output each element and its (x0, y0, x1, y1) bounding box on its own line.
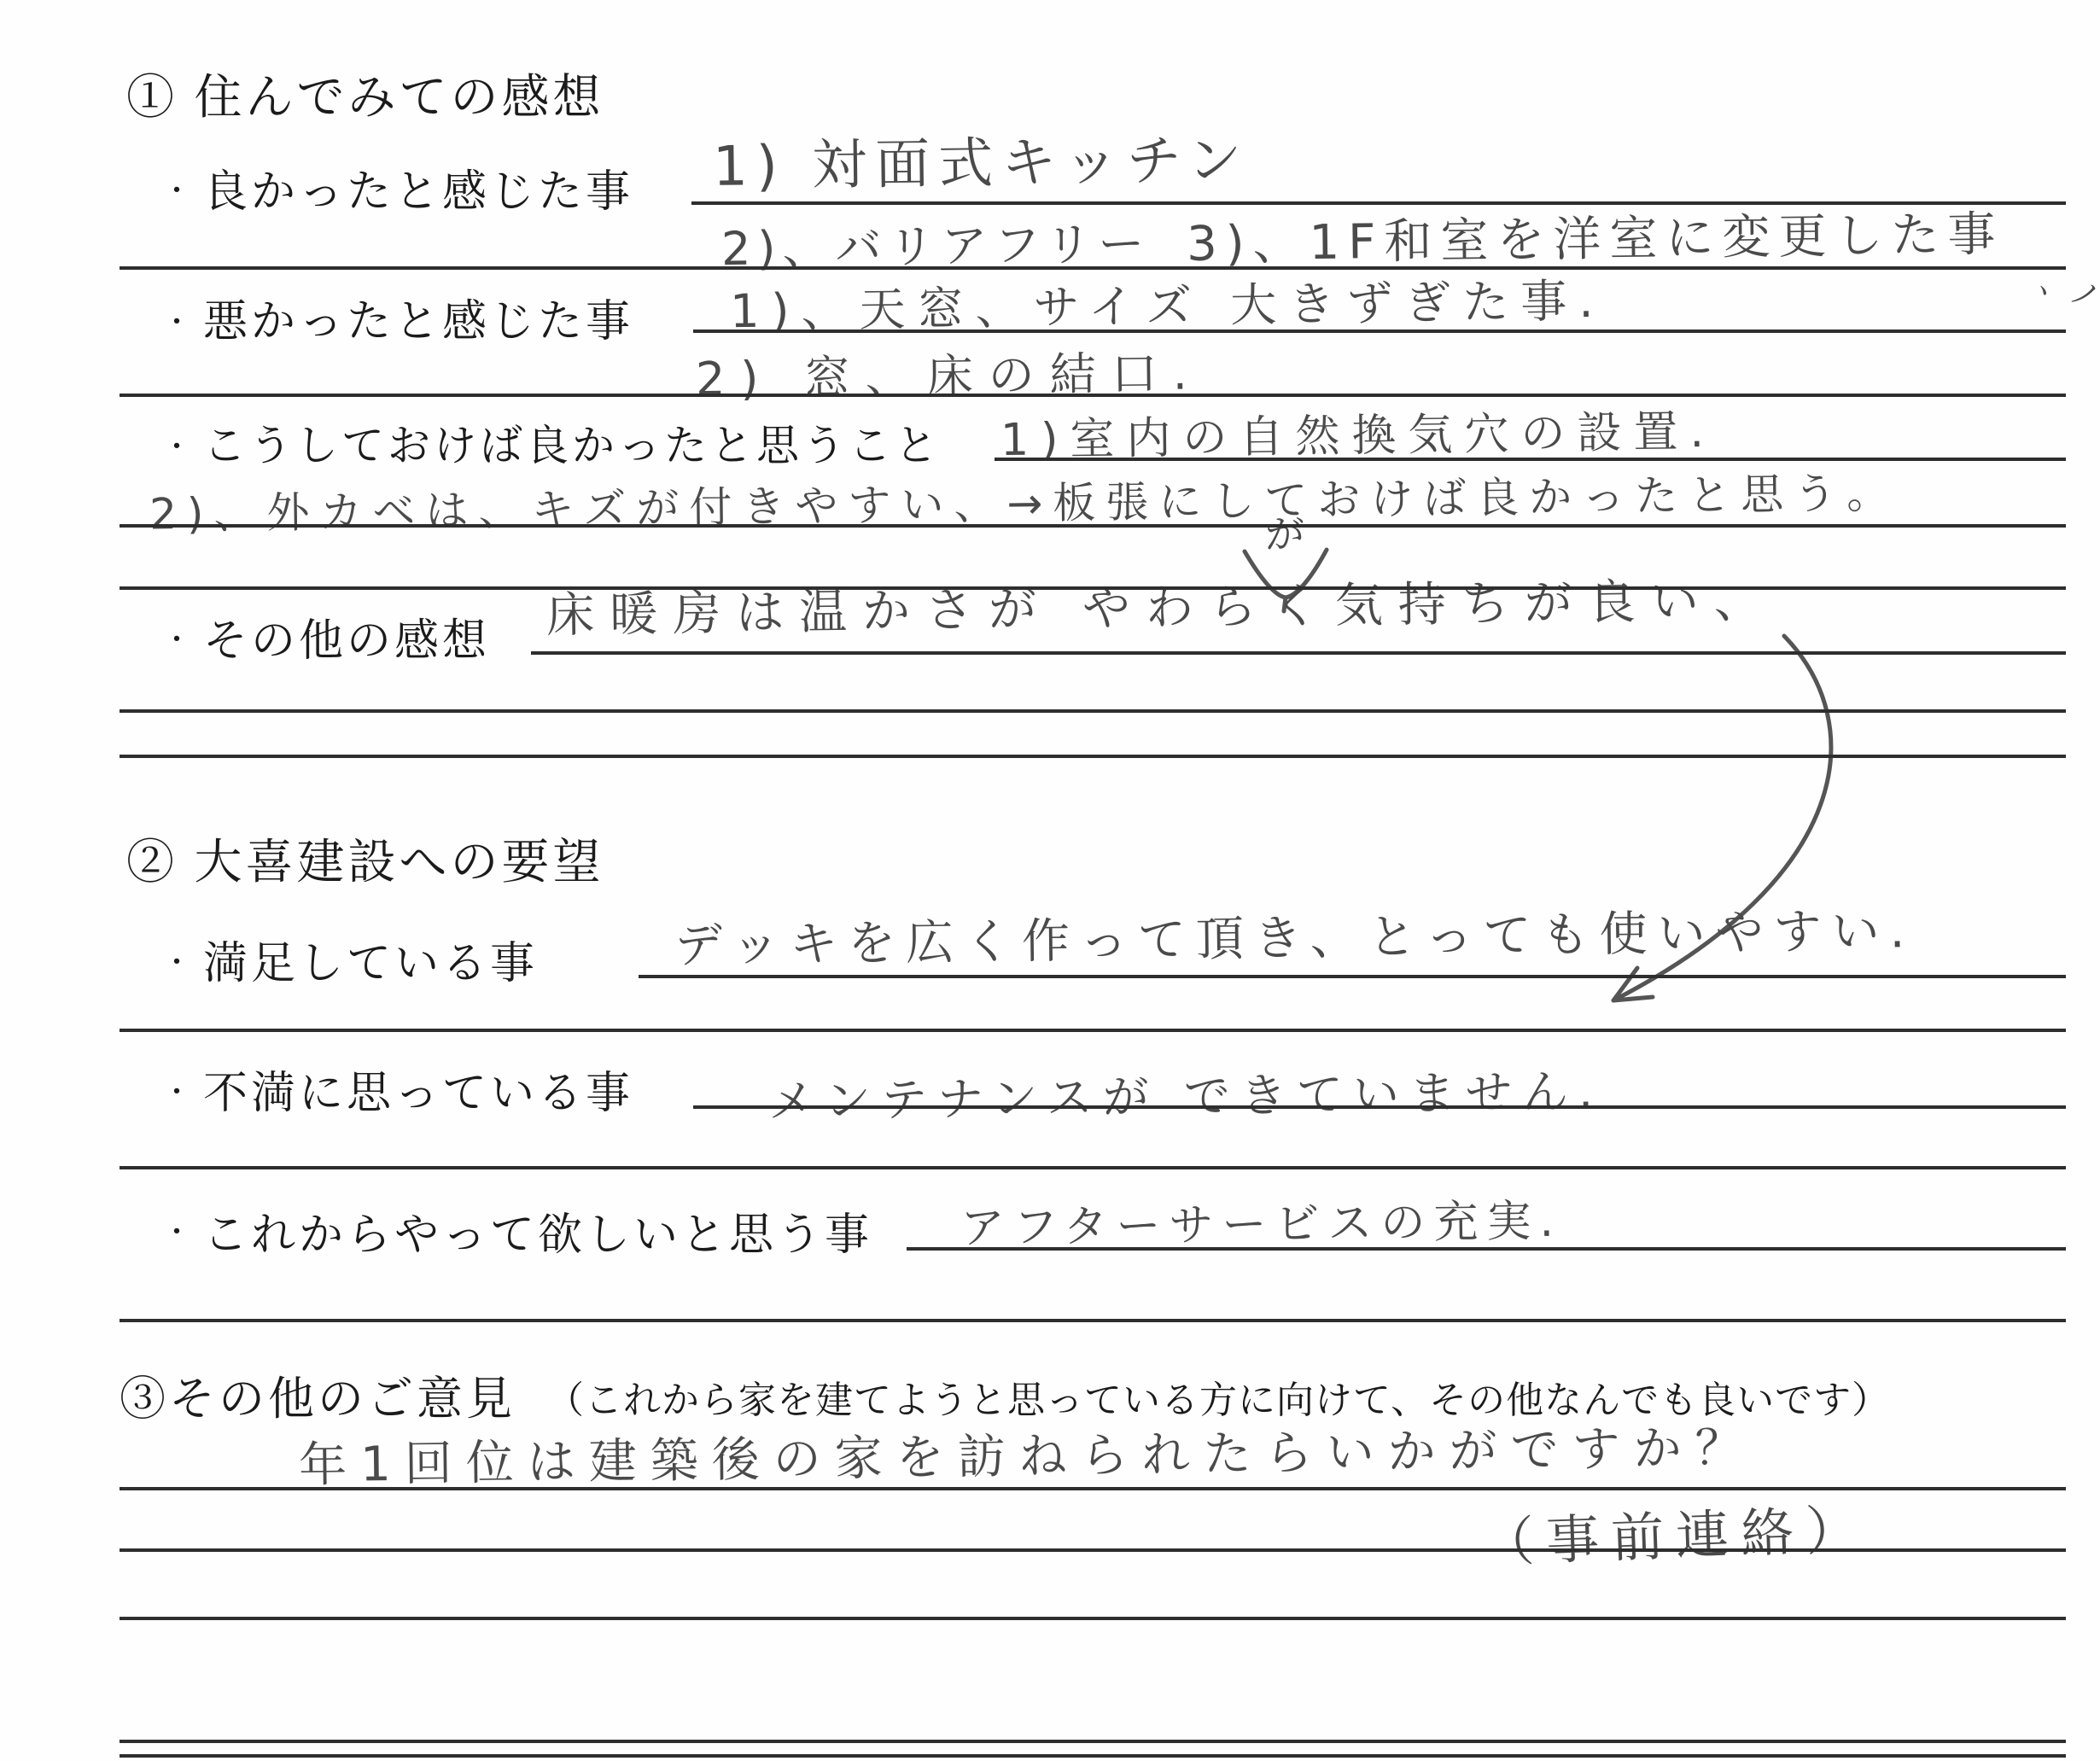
answer-good-line1: 1) 対面式キッチン (712, 116, 1251, 201)
question-other-label: その他の感想 (203, 604, 490, 668)
scanned-questionnaire-page: ① 住んでみての感想 ・ 良かったと感じた事 1) 対面式キッチン 2)、バリア… (0, 0, 2100, 1761)
bullet-dissatisfied: ・ (162, 1069, 191, 1111)
ruled-line (120, 1740, 2066, 1743)
ruled-line (120, 709, 2066, 713)
answer-future-line1: アフターサービスの充実. (960, 1185, 1563, 1257)
ruled-line (120, 524, 2066, 528)
question-dissatisfied-label: 不満に思っている事 (203, 1057, 633, 1121)
ruled-line (120, 394, 2066, 397)
question-good-label: 良かったと感じた事 (203, 155, 633, 219)
ruled-line (531, 651, 2066, 655)
answer-section3-line1: 年1回位は建築後の家を訪ねられたらいかがですか？ (299, 1410, 1757, 1496)
ruled-line (907, 1247, 2066, 1251)
section2-heading: ② 大喜建設への要望 (126, 825, 604, 893)
ruled-line (120, 1487, 2066, 1490)
section3-heading: ③その他のご意見 (120, 1362, 516, 1428)
question-bad-label: 悪かったと感じた事 (203, 285, 633, 349)
ruled-line (120, 1029, 2066, 1032)
ruled-line (693, 329, 2066, 333)
answer-dissatisfied-line1: メンテナンスが できていません. (768, 1055, 1604, 1131)
ruled-line (639, 975, 2066, 978)
ruled-line (120, 1617, 2066, 1620)
bullet-should: ・ (162, 423, 191, 465)
bullet-other: ・ (162, 616, 191, 658)
question-should-label: こうしておけば良かったと思うこと (203, 411, 941, 473)
ruled-line (120, 1754, 2066, 1758)
ruled-line (995, 458, 2066, 461)
answer-good-line2b: 3)、1F和室を洋室に変更した事 (1187, 196, 2004, 275)
answer-bad-line2: 2) 窓、床の結口. (696, 336, 1204, 408)
ruled-line (120, 1548, 2066, 1552)
answer-section3-line2: （事前連絡） (1480, 1487, 1872, 1577)
ruled-line (693, 1105, 2066, 1109)
bullet-bad: ・ (162, 299, 191, 341)
bullet-good: ・ (162, 167, 191, 209)
section1-heading: ① 住んでみての感想 (126, 60, 604, 128)
question-satisfied-label: 満足している事 (203, 927, 538, 991)
ruled-line (120, 586, 2066, 590)
bullet-satisfied: ・ (162, 939, 191, 981)
ruled-line (120, 1319, 2066, 1322)
question-future-label: これからやって欲しいと思う事 (203, 1198, 872, 1262)
ruled-line (120, 755, 2066, 758)
bullet-future: ・ (162, 1209, 191, 1251)
ruled-line (120, 1166, 2066, 1169)
ruled-line (120, 266, 2066, 270)
ruled-line (691, 201, 2066, 205)
